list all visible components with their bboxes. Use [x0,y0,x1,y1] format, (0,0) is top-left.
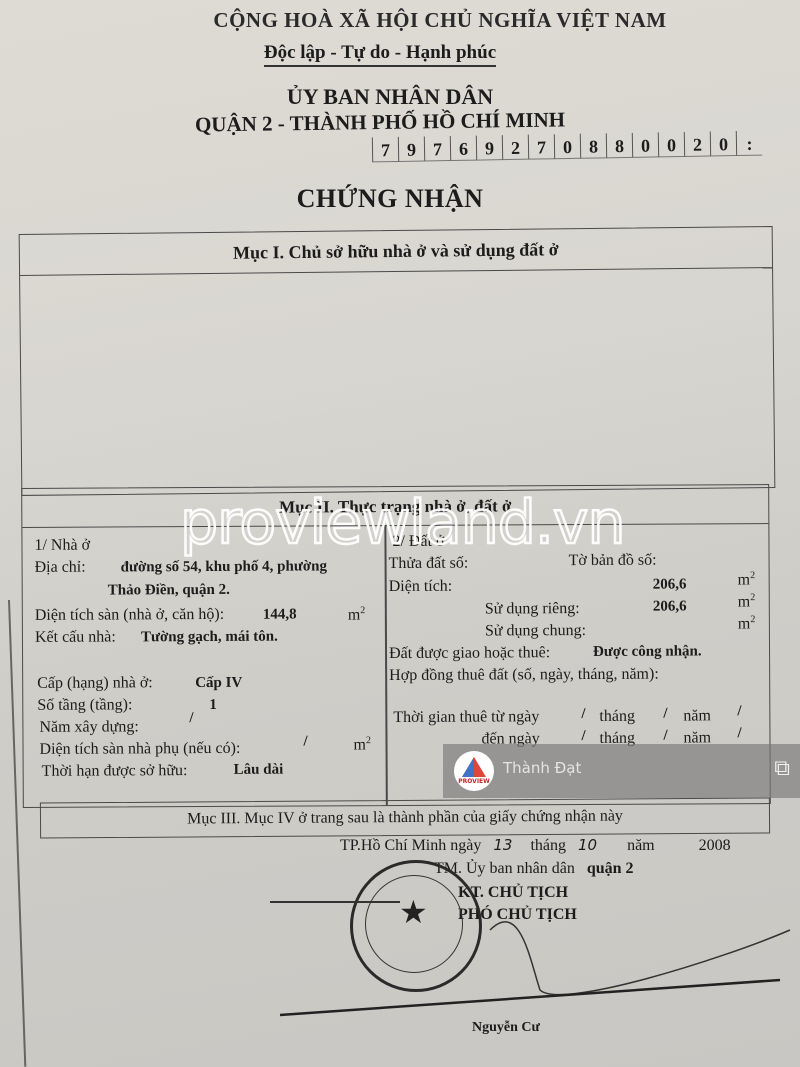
place-date: TP.Hồ Chí Minh ngày 13 tháng 10 năm 2008 [340,836,731,855]
floors-label: Số tầng (tầng): [37,696,132,714]
house-title: 1/ Nhà ở [34,537,90,555]
serial-digit: : [736,131,762,156]
serial-digit: 8 [580,133,606,158]
serial-digit: 6 [450,136,476,161]
date-year: 2008 [699,837,731,854]
document-title: CHỨNG NHẬN [0,184,790,214]
lease-contract-label: Hợp đồng thuê đất (số, ngày, tháng, năm)… [389,666,659,685]
shared-use-label: Sử dụng chung: [485,622,586,641]
address-line2: Thảo Điền, quận 2. [108,582,230,600]
floor-area-unit: m2 [348,605,366,624]
committee: TM. Ủy ban nhân dân quận 2 [434,860,634,878]
serial-number: 79769270880020: [372,131,762,163]
shared-use-unit: m2 [738,614,756,633]
section-owner-heading: Mục I. Chủ sở hữu nhà ở và sử dụng đất ở [20,227,772,276]
private-use-unit: m2 [738,592,756,611]
section-owner: Mục I. Chủ sở hữu nhà ở và sử dụng đất ở [19,226,776,496]
serial-digit: 7 [424,136,450,161]
lease-to-month: / [663,728,667,745]
ownership-term-value: Lâu dài [234,762,284,779]
section-note-text: Mục III. Mục IV ở trang sau là thành phầ… [41,798,769,837]
allocation-label: Đất được giao hoặc thuê: [389,644,550,663]
lease-from-label: Thời gian thuê từ ngày [393,708,539,727]
serial-digit: 2 [502,135,528,160]
agent-name: Thành Đạt [503,759,581,777]
lease-from-year: / [737,703,741,720]
motto-text: Độc lập - Tự do - Hạnh phúc [264,42,496,67]
structure-value: Tường gạch, mái tôn. [141,629,278,647]
layers-icon[interactable]: ⧉ [774,756,790,781]
lease-to-day: / [581,728,585,745]
serial-digit: 9 [476,135,502,160]
address-line1: đường số 54, khu phố 4, phường [121,558,327,576]
land-area-label: Diện tích: [389,578,453,596]
serial-digit: 7 [528,134,554,159]
motto: Độc lập - Tự do - Hạnh phúc [0,42,780,64]
date-day: 13 [493,836,512,854]
aux-area-unit: m2 [353,735,371,754]
land-area-unit: m2 [738,570,756,589]
lease-from-day: / [581,706,585,723]
agent-logo: PROVIEW [454,751,494,791]
lease-from-year-label: năm [683,707,711,725]
allocation-value: Được công nhận. [593,643,702,661]
serial-digit: 7 [372,137,398,162]
year-built-value: / [189,710,193,727]
section-note: Mục III. Mục IV ở trang sau là thành phầ… [40,797,770,838]
agent-badge[interactable]: PROVIEW Thành Đạt ⧉ [443,744,800,798]
floor-area-label: Diện tích sàn (nhà ở, căn hộ): [35,606,224,625]
date-month: 10 [578,836,597,854]
signer-name: Nguyễn Cư [472,1020,540,1036]
land-area-value: 206,6 [653,576,687,593]
column-divider [384,525,387,805]
address-label: Địa chỉ: [35,559,86,577]
serial-digit: 0 [554,134,580,159]
private-use-value: 206,6 [653,598,687,615]
aux-area-value: / [303,733,307,750]
nation-heading: CỘNG HOÀ XÃ HỘI CHỦ NGHĨA VIỆT NAM [40,8,800,33]
year-built-label: Năm xây dựng: [39,718,138,737]
private-use-label: Sử dụng riêng: [485,600,580,618]
serial-digit: 0 [632,132,658,157]
lease-from-month: / [663,706,667,723]
structure-label: Kết cấu nhà: [35,628,116,646]
aux-area-label: Diện tích sàn nhà phụ (nếu có): [39,740,240,759]
serial-digit: 2 [684,132,710,157]
serial-digit: 0 [658,132,684,157]
ownership-term-label: Thời hạn được sở hữu: [42,762,188,781]
watermark: proviewland.vn [180,488,624,558]
serial-digit: 9 [398,136,424,161]
grade-label: Cấp (hạng) nhà ở: [37,674,153,693]
floors-value: 1 [209,697,217,714]
floor-area-value: 144,8 [263,607,297,624]
serial-digit: 0 [710,131,736,156]
lease-to-year: / [737,725,741,742]
serial-digit: 8 [606,133,632,158]
signature-stroke [240,880,800,1020]
grade-value: Cấp IV [195,675,242,692]
lease-from-month-label: tháng [599,708,635,726]
